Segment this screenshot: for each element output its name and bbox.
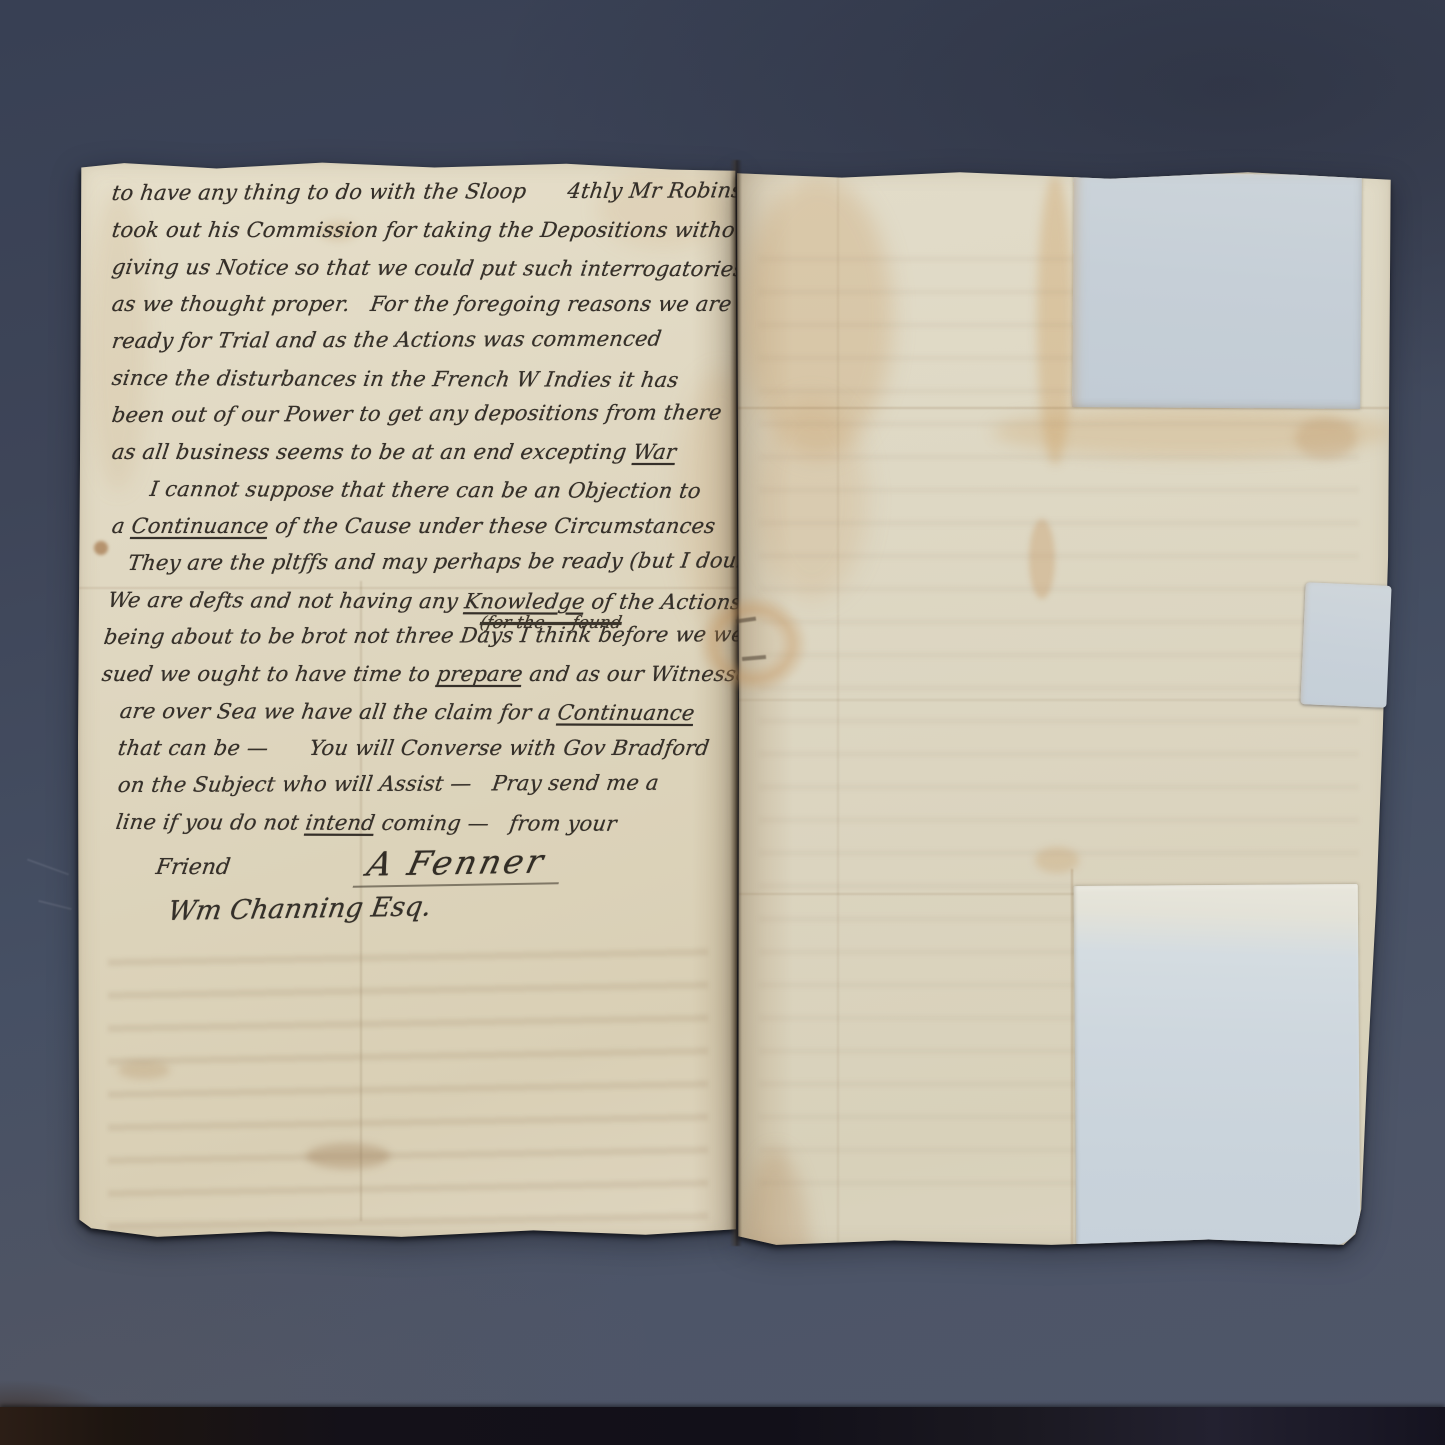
table-front-edge	[0, 1407, 1445, 1445]
signature: A Fenner	[353, 841, 569, 888]
struck-out-insertion: (for the — found	[478, 613, 623, 633]
letter-line: took out his Commission for taking the D…	[109, 212, 734, 249]
letter-line: been out of our Power to get any deposit…	[109, 394, 734, 434]
repair-patch-top-right	[1072, 173, 1362, 409]
letter-line: They are the pltffs and may perhaps be r…	[125, 542, 734, 582]
letter-line: on the Subject who will Assist — Pray se…	[115, 764, 734, 804]
letter-line: are over Sea we have all the claim for a…	[117, 693, 734, 732]
table-scratch	[27, 859, 69, 876]
letter-line: sued we ought to have time to prepare an…	[99, 656, 734, 693]
closing-row: Friend A Fenner	[112, 843, 732, 887]
seal-stain-ring	[687, 586, 819, 702]
repair-patch-middle-right	[1300, 582, 1391, 708]
letter-line: line if you do not intend coming — from …	[113, 804, 734, 843]
addressee: Wm Channing Esq.	[110, 886, 737, 928]
letter-left-page: to have any thing to do with the Sloop 4…	[78, 161, 738, 1239]
table-corner-shadow	[0, 1368, 150, 1410]
letter-line: as all business seems to be at an end ex…	[109, 434, 734, 471]
letter-line: I cannot suppose that there can be an Ob…	[147, 471, 734, 510]
repair-patch-bottom-right	[1074, 884, 1361, 1247]
left-page-paper: to have any thing to do with the Sloop 4…	[78, 161, 738, 1239]
letter-line: giving us Notice so that we could put su…	[109, 249, 734, 288]
closing-word: Friend	[154, 855, 232, 880]
ink-spot	[94, 541, 108, 555]
letter-line: a Continuance of the Cause under these C…	[109, 508, 734, 545]
handwriting-lines: to have any thing to do with the Sloop 4…	[112, 175, 732, 841]
right-page-paper	[737, 169, 1392, 1247]
photo-scene: to have any thing to do with the Sloop 4…	[0, 0, 1445, 1445]
handwriting-block: to have any thing to do with the Sloop 4…	[112, 175, 732, 928]
letter-right-page	[737, 169, 1392, 1247]
letter-line: as we thought proper. For the foregoing …	[109, 286, 734, 323]
letter-line: ready for Trial and as the Actions was c…	[109, 320, 734, 360]
letter-line: We are defts and not having any Knowledg…	[105, 582, 734, 621]
letter-line: that can be — You will Converse with Gov…	[115, 730, 734, 767]
table-scratch	[38, 900, 71, 910]
center-fold-shadow	[730, 160, 742, 1246]
bleed-through-text	[138, 1236, 678, 1239]
bleed-through-text	[108, 933, 708, 1233]
letter-line: being about to be brot not three Days I …	[101, 616, 734, 656]
letter-line: since the disturbances in the French W I…	[109, 360, 734, 399]
letter-line: to have any thing to do with the Sloop 4…	[109, 172, 734, 212]
